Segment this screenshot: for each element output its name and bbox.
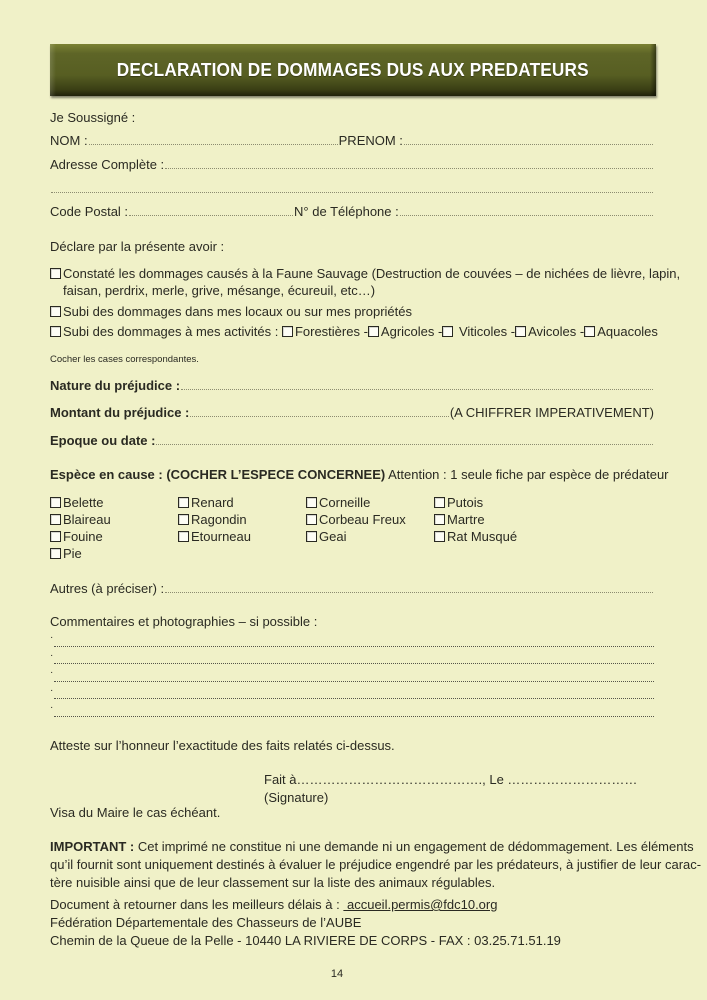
- comment-line[interactable]: ·: [50, 650, 655, 668]
- species-grid: BeletteBlaireauFouinePieRenardRagondinEt…: [50, 494, 562, 562]
- comment-field[interactable]: [54, 681, 654, 682]
- important-line-3: tère nuisible ainsi que de leur classeme…: [50, 874, 670, 892]
- comment-bullet: ·: [50, 685, 53, 703]
- title-banner: DECLARATION DE DOMMAGES DUS AUX PREDATEU…: [50, 44, 656, 96]
- species-label: Putois: [447, 495, 483, 510]
- comment-line[interactable]: ·: [50, 702, 655, 720]
- je-soussigne-label: Je Soussigné :: [50, 109, 135, 127]
- telephone-label: N° de Téléphone :: [294, 203, 399, 221]
- checkbox-locaux[interactable]: [50, 306, 61, 317]
- species-label: Pie: [63, 546, 82, 561]
- species-label: Ragondin: [191, 512, 247, 527]
- species-option: Martre: [434, 511, 562, 528]
- activity-label: Viticoles -: [455, 324, 515, 339]
- species-option: Pie: [50, 545, 178, 562]
- comment-field[interactable]: [54, 646, 654, 647]
- species-column: CorneilleCorbeau FreuxGeai: [306, 494, 434, 562]
- postal-phone-row: Code Postal : N° de Téléphone :: [50, 203, 654, 221]
- checkbox-activity-avicoles[interactable]: [515, 326, 526, 337]
- epoque-label: Epoque ou date :: [50, 432, 155, 450]
- species-label: Geai: [319, 529, 346, 544]
- name-row: NOM : PRENOM :: [50, 132, 654, 150]
- species-checkbox[interactable]: [50, 497, 61, 508]
- activities-list: Forestières -Agricoles - Viticoles -Avic…: [282, 324, 658, 339]
- important-line-1: Cet imprimé ne constitue ni une demande …: [134, 839, 693, 854]
- species-label: Renard: [191, 495, 234, 510]
- activity-label: Aquacoles: [597, 324, 658, 339]
- option-activites: Subi des dommages à mes activités : Fore…: [50, 323, 670, 340]
- species-label: Corbeau Freux: [319, 512, 406, 527]
- declaration-intro: Déclare par la présente avoir :: [50, 238, 654, 256]
- species-option: Corbeau Freux: [306, 511, 434, 528]
- autres-label: Autres (à préciser) :: [50, 580, 164, 598]
- code-postal-label: Code Postal :: [50, 203, 128, 221]
- option-locaux-label: Subi des dommages dans mes locaux ou sur…: [63, 304, 412, 319]
- comment-field[interactable]: [54, 716, 654, 717]
- species-checkbox[interactable]: [50, 548, 61, 559]
- species-label: Belette: [63, 495, 103, 510]
- checkbox-activity-viticoles[interactable]: [442, 326, 453, 337]
- comment-field[interactable]: [54, 698, 654, 699]
- intro-line: Je Soussigné :: [50, 109, 654, 127]
- species-checkbox[interactable]: [178, 497, 189, 508]
- species-option: Putois: [434, 494, 562, 511]
- visa-maire: Visa du Maire le cas échéant.: [50, 804, 220, 822]
- checkbox-activites[interactable]: [50, 326, 61, 337]
- species-label: Fouine: [63, 529, 103, 544]
- adresse-label: Adresse Complète :: [50, 156, 164, 174]
- species-checkbox[interactable]: [178, 514, 189, 525]
- attestation-row: Atteste sur l’honneur l’exactitude des f…: [50, 737, 654, 755]
- comment-bullet: ·: [50, 667, 53, 685]
- checkbox-activity-agricoles[interactable]: [368, 326, 379, 337]
- epoque-field[interactable]: [156, 444, 653, 445]
- species-column: BeletteBlaireauFouinePie: [50, 494, 178, 562]
- option-faune-sauvage-label-2: faisan, perdrix, merle, grive, mésange, …: [50, 282, 660, 299]
- species-column: PutoisMartreRat Musqué: [434, 494, 562, 562]
- species-checkbox[interactable]: [434, 497, 445, 508]
- nature-row: Nature du préjudice :: [50, 377, 654, 395]
- checkbox-faune-sauvage[interactable]: [50, 268, 61, 279]
- species-option: Belette: [50, 494, 178, 511]
- species-checkbox[interactable]: [306, 531, 317, 542]
- fait-a-line[interactable]: Fait à……………………………………., Le …………………………: [264, 771, 637, 789]
- species-checkbox[interactable]: [50, 531, 61, 542]
- organization-address: Chemin de la Queue de la Pelle - 10440 L…: [50, 932, 670, 950]
- autres-row: Autres (à préciser) :: [50, 580, 654, 598]
- species-checkbox[interactable]: [434, 531, 445, 542]
- species-option: Etourneau: [178, 528, 306, 545]
- species-label: Martre: [447, 512, 485, 527]
- comment-bullet: ·: [50, 702, 53, 720]
- page-number: 14: [0, 968, 674, 980]
- species-option: Blaireau: [50, 511, 178, 528]
- autres-field[interactable]: [165, 592, 653, 593]
- species-checkbox[interactable]: [434, 514, 445, 525]
- nature-field[interactable]: [181, 389, 653, 390]
- comment-field[interactable]: [54, 663, 654, 664]
- prenom-label: PRENOM :: [339, 132, 403, 150]
- species-heading-bold: Espèce en cause : (COCHER L’ESPECE CONCE…: [50, 466, 385, 484]
- return-text: Document à retourner dans les meilleurs …: [50, 897, 343, 912]
- option-faune-sauvage-label: Constaté les dommages causés à la Faune …: [63, 266, 680, 281]
- species-option: Corneille: [306, 494, 434, 511]
- important-line-2: qu’il fournit sont uniquement destinés à…: [50, 856, 670, 874]
- option-faune-sauvage: Constaté les dommages causés à la Faune …: [50, 265, 660, 299]
- species-heading-note: Attention : 1 seule fiche par espèce de …: [385, 466, 668, 484]
- species-column: RenardRagondinEtourneau: [178, 494, 306, 562]
- important-notice: IMPORTANT : Cet imprimé ne constitue ni …: [50, 838, 670, 892]
- species-label: Rat Musqué: [447, 529, 517, 544]
- species-checkbox[interactable]: [50, 514, 61, 525]
- species-checkbox[interactable]: [306, 514, 317, 525]
- montant-suffix: (A CHIFFRER IMPERATIVEMENT): [450, 404, 654, 422]
- checkbox-activity-forestières[interactable]: [282, 326, 293, 337]
- comments-heading: Commentaires et photographies – si possi…: [50, 613, 654, 631]
- declaration-intro-text: Déclare par la présente avoir :: [50, 238, 224, 256]
- form-title: DECLARATION DE DOMMAGES DUS AUX PREDATEU…: [117, 59, 589, 81]
- comment-lines: ·····: [50, 632, 655, 720]
- species-option: Geai: [306, 528, 434, 545]
- comment-line[interactable]: ·: [50, 632, 655, 650]
- species-checkbox[interactable]: [178, 531, 189, 542]
- nom-field[interactable]: [89, 144, 338, 145]
- epoque-row: Epoque ou date :: [50, 432, 654, 450]
- species-option: Fouine: [50, 528, 178, 545]
- species-checkbox[interactable]: [306, 497, 317, 508]
- species-label: Blaireau: [63, 512, 111, 527]
- organization-name: Fédération Départementale des Chasseurs …: [50, 914, 670, 932]
- species-option: Renard: [178, 494, 306, 511]
- email-link[interactable]: accueil.permis@fdc10.org: [343, 897, 497, 912]
- attestation-text: Atteste sur l’honneur l’exactitude des f…: [50, 737, 395, 755]
- adresse-field-continued[interactable]: [51, 192, 653, 193]
- important-label: IMPORTANT :: [50, 839, 134, 854]
- species-option: Ragondin: [178, 511, 306, 528]
- option-activites-label: Subi des dommages à mes activités :: [63, 324, 278, 339]
- telephone-field[interactable]: [400, 215, 653, 216]
- code-postal-field[interactable]: [129, 215, 293, 216]
- adresse-field[interactable]: [165, 168, 653, 169]
- nom-label: NOM :: [50, 132, 88, 150]
- montant-label: Montant du préjudice :: [50, 404, 189, 422]
- option-locaux: Subi des dommages dans mes locaux ou sur…: [50, 303, 660, 320]
- comment-bullet: ·: [50, 650, 53, 668]
- species-label: Etourneau: [191, 529, 251, 544]
- comment-line[interactable]: ·: [50, 685, 655, 703]
- contact-block: Document à retourner dans les meilleurs …: [50, 896, 670, 950]
- species-heading: Espèce en cause : (COCHER L’ESPECE CONCE…: [50, 466, 670, 484]
- prenom-field[interactable]: [404, 144, 653, 145]
- comment-bullet: ·: [50, 632, 53, 650]
- nature-label: Nature du préjudice :: [50, 377, 180, 395]
- montant-row: Montant du préjudice : (A CHIFFRER IMPER…: [50, 404, 654, 422]
- species-option: Rat Musqué: [434, 528, 562, 545]
- comments-label: Commentaires et photographies – si possi…: [50, 613, 317, 631]
- activity-label: Avicoles -: [528, 324, 584, 339]
- activity-label: Forestières -: [295, 324, 368, 339]
- address-row-2: [50, 180, 654, 198]
- species-label: Corneille: [319, 495, 370, 510]
- comment-line[interactable]: ·: [50, 667, 655, 685]
- montant-field[interactable]: [190, 416, 448, 417]
- address-row: Adresse Complète :: [50, 156, 654, 174]
- activity-label: Agricoles -: [381, 324, 442, 339]
- signature-label: (Signature): [264, 789, 328, 807]
- checkbox-note: Cocher les cases correspondantes.: [50, 354, 199, 365]
- checkbox-activity-aquacoles[interactable]: [584, 326, 595, 337]
